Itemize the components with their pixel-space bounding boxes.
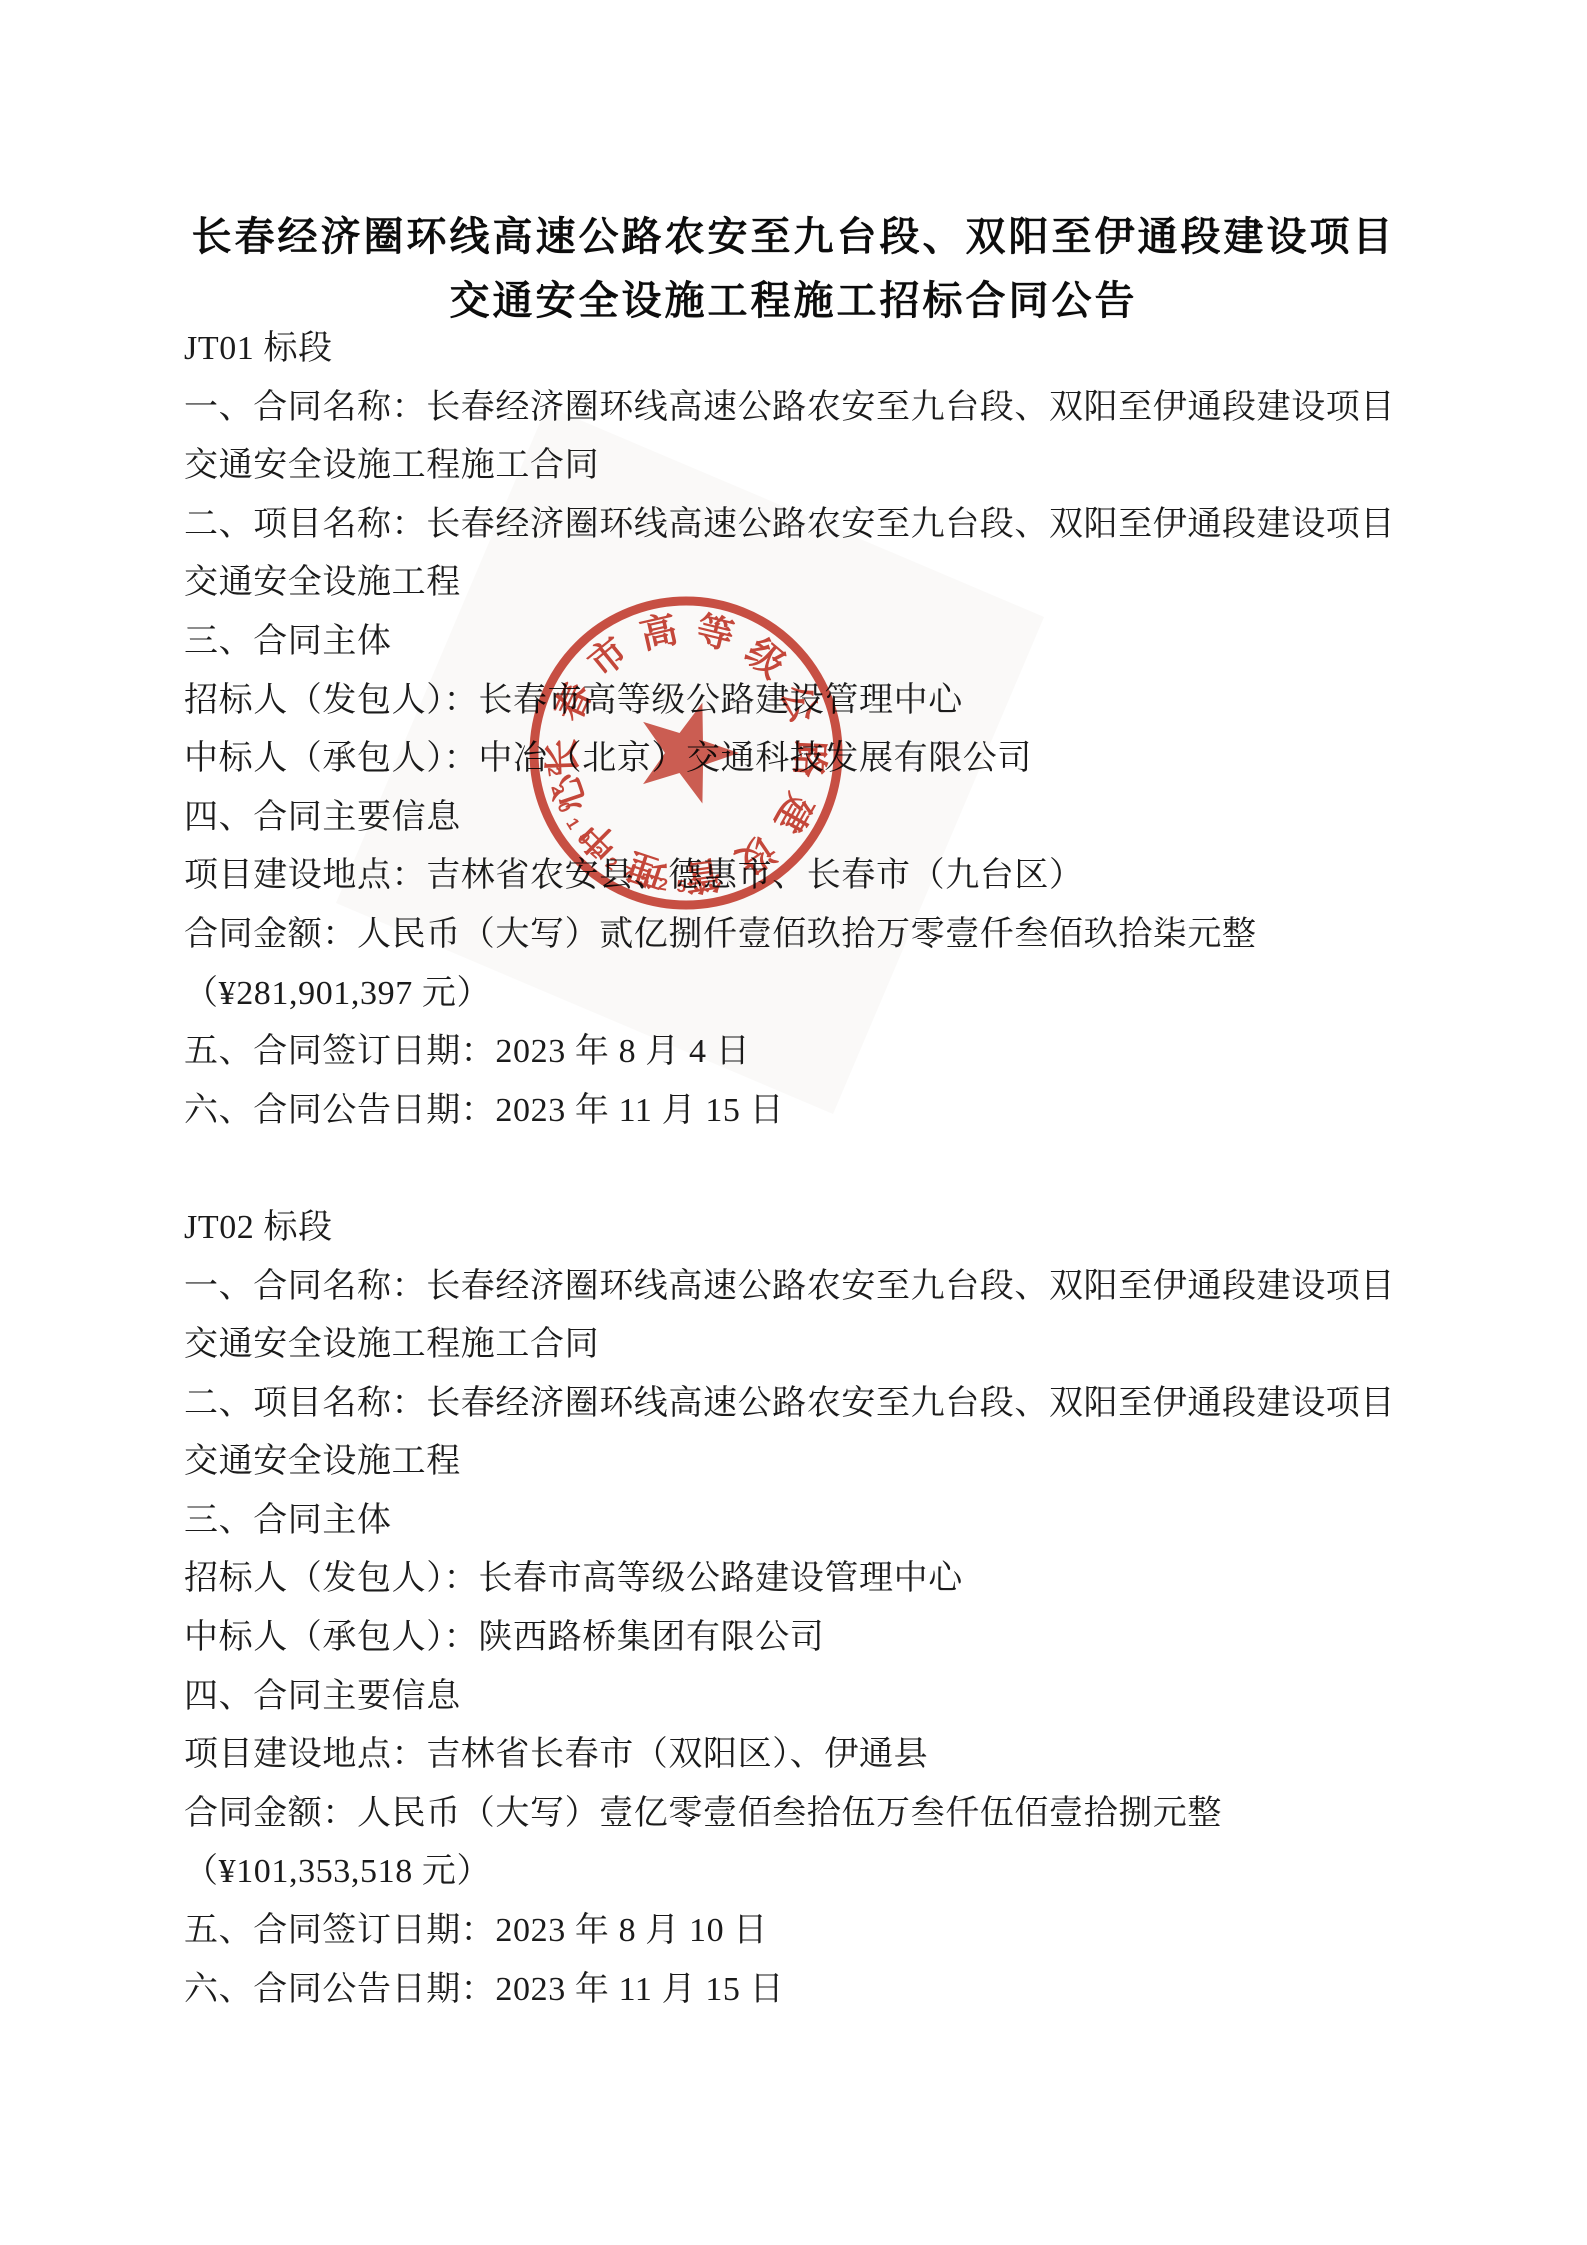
seal-ring-char: 高 xyxy=(636,608,681,657)
doc-line: 项目建设地点：吉林省长春市（双阳区）、伊通县 xyxy=(184,1726,1444,1785)
doc-line: 四、合同主要信息 xyxy=(184,1668,1444,1727)
doc-line: 五、合同签订日期：2023 年 8 月 10 日 xyxy=(184,1902,1444,1961)
doc-line: （¥101,353,518 元） xyxy=(184,1843,1444,1902)
doc-line: 交通安全设施工程施工合同 xyxy=(184,437,1444,496)
doc-line: 一、合同名称：长春经济圈环线高速公路农安至九台段、双阳至伊通段建设项目 xyxy=(184,1258,1444,1317)
doc-line: 二、项目名称：长春经济圈环线高速公路农安至九台段、双阳至伊通段建设项目 xyxy=(184,1375,1444,1434)
seal-serial-digit: 1 xyxy=(562,815,583,833)
doc-line: 六、合同公告日期：2023 年 11 月 15 日 xyxy=(184,1082,1444,1141)
doc-line: 交通安全设施工程 xyxy=(184,1433,1444,1492)
doc-line-blank xyxy=(184,1140,1444,1199)
doc-line: 六、合同公告日期：2023 年 11 月 15 日 xyxy=(184,1961,1444,2020)
seal-ring-char: 等 xyxy=(692,609,738,659)
seal-serial-digit: 1 xyxy=(694,876,705,896)
doc-line: 三、合同主体 xyxy=(184,1492,1444,1551)
seal-serial-digit: 5 xyxy=(676,877,686,896)
seal-ring-char: 路 xyxy=(787,740,831,779)
doc-line: 五、合同签订日期：2023 年 8 月 4 日 xyxy=(184,1023,1444,1082)
doc-line: 招标人（发包人）：长春市高等级公路建设管理中心 xyxy=(184,1550,1444,1609)
doc-line: 二、项目名称：长春经济圈环线高速公路农安至九台段、双阳至伊通段建设项目 xyxy=(184,496,1444,555)
doc-line: （¥281,901,397 元） xyxy=(184,965,1444,1024)
seal-serial-digit: 2 xyxy=(657,874,670,894)
doc-line: 一、合同名称：长春经济圈环线高速公路农安至九台段、双阳至伊通段建设项目 xyxy=(184,379,1444,438)
document-page: 长春经济圈环线高速公路农安至九台段、双阳至伊通段建设项目 交通安全设施工程施工招… xyxy=(0,0,1587,2245)
doc-line: 合同金额：人民币（大写）壹亿零壹佰叁拾伍万叁仟伍佰壹拾捌元整 xyxy=(184,1785,1444,1844)
doc-line: 交通安全设施工程施工合同 xyxy=(184,1316,1444,1375)
doc-line: JT02 标段 xyxy=(184,1199,1444,1258)
page-title: 长春经济圈环线高速公路农安至九台段、双阳至伊通段建设项目 交通安全设施工程施工招… xyxy=(90,206,1497,333)
doc-line: JT01 标段 xyxy=(184,320,1444,379)
seal-star-icon xyxy=(625,687,751,809)
doc-line: 中标人（承包人）：陕西路桥集团有限公司 xyxy=(184,1609,1444,1668)
official-seal: 长春市高等级公路建设管理中心 220102275251 xyxy=(516,583,856,923)
official-seal-graphic: 长春市高等级公路建设管理中心 220102275251 xyxy=(516,583,856,923)
seal-ring-char: 公 xyxy=(772,679,824,729)
document-body: JT01 标段 一、合同名称：长春经济圈环线高速公路农安至九台段、双阳至伊通段建… xyxy=(184,320,1444,2019)
page-title-line1: 长春经济圈环线高速公路农安至九台段、双阳至伊通段建设项目 xyxy=(90,206,1497,270)
